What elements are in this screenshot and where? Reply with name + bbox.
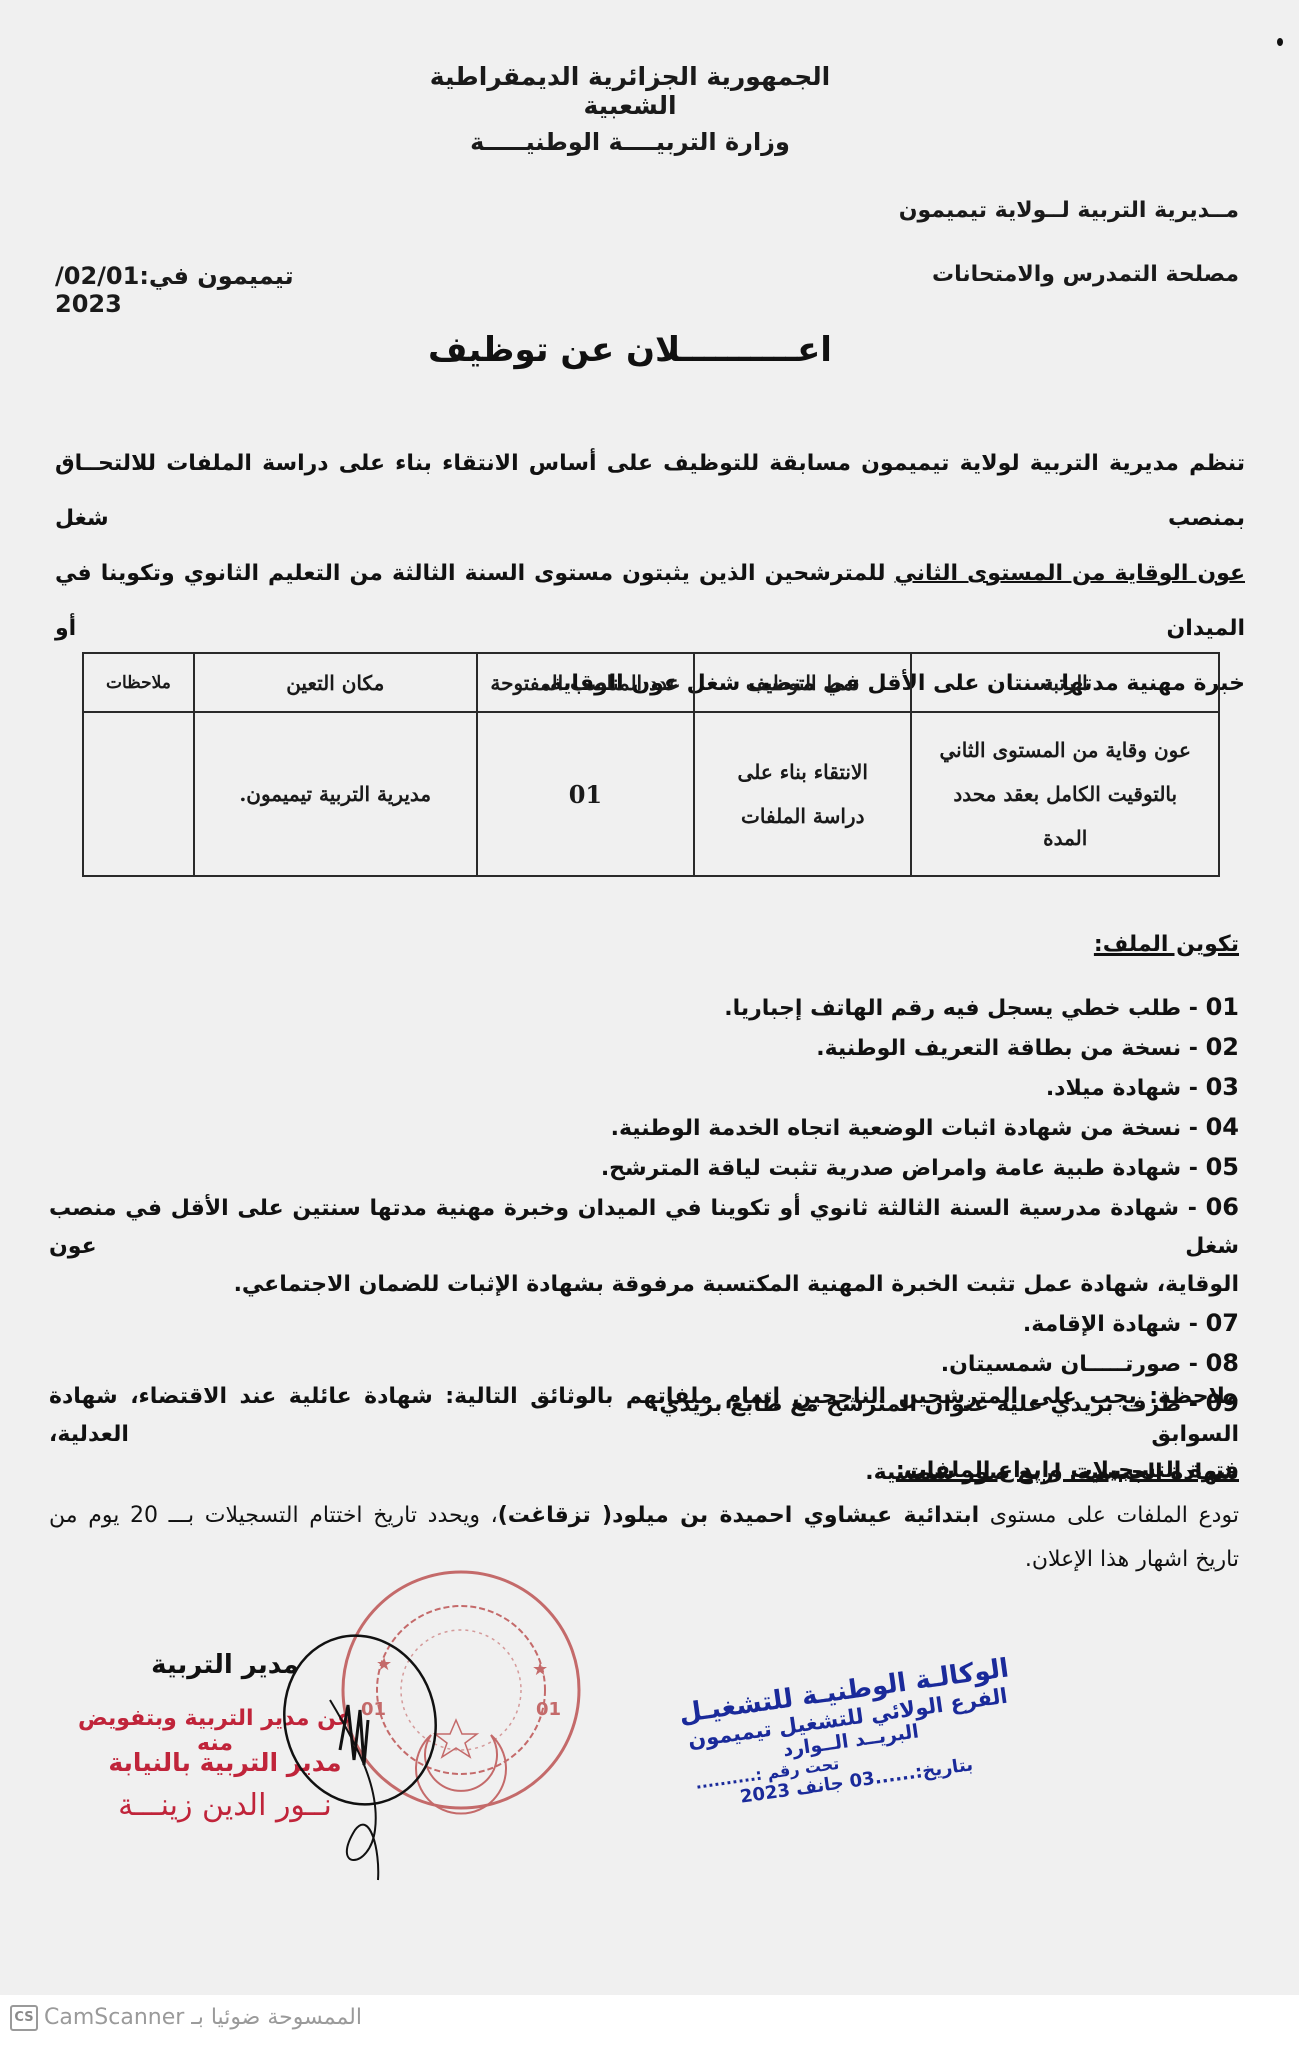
item-6-line-2: الوقاية، شهادة عمل تثبت الخبرة المهنية ا… [49, 1266, 1239, 1304]
cell-mode: الانتقاء بناء على دراسة الملفات [694, 712, 911, 876]
intro-line-1: تنظم مديرية التربية لولاية تيميمون مسابق… [55, 436, 1245, 546]
registration-block: تودع الملفات على مستوى ابتدائية عيشاوي ا… [49, 1494, 1239, 1582]
col-header-notes: ملاحظات [83, 653, 194, 712]
list-item: 02 - نسخة من بطاقة التعريف الوطنية. [49, 1028, 1239, 1068]
col-header-mode: نمط التوظيف [694, 653, 911, 712]
grade-line-1: عون وقاية من المستوى الثاني [913, 728, 1217, 772]
positions-table: الرتبة نمط التوظيف عدد المناصب المفتوحة … [82, 652, 1220, 877]
item-number: 08 [1206, 1349, 1239, 1377]
directorate-label: مــديرية التربية لــولاية تيميمون [639, 198, 1239, 223]
item-text: - طلب خطي يسجل فيه رقم الهاتف إجباريا. [724, 996, 1205, 1021]
table-header-row: الرتبة نمط التوظيف عدد المناصب المفتوحة … [83, 653, 1219, 712]
item-text: - نسخة من بطاقة التعريف الوطنية. [816, 1036, 1205, 1061]
camscanner-watermark: الممسوحة ضوئيا بـ CamScanner [44, 2005, 404, 2030]
col-header-positions: عدد المناصب المفتوحة [477, 653, 694, 712]
item-number: 04 [1206, 1113, 1239, 1141]
cell-place: مديرية التربية تيميمون. [194, 712, 477, 876]
grade-line-2: بالتوقيت الكامل بعقد محدد [913, 772, 1217, 816]
svg-text:★: ★ [532, 1659, 548, 1680]
agency-stamp: الوكالـة الوطنيـة للتشغيـل الفرع الولائي… [654, 1650, 1046, 1818]
note-text: يجب على المترشحين الناجحين إتمام ملفاتهم… [49, 1384, 1239, 1447]
list-item: 03 - شهادة ميلاد. [49, 1068, 1239, 1108]
seal-number-right: 01 [536, 1699, 561, 1720]
list-item: 06 - شهادة مدرسية السنة الثالثة ثانوي أو… [49, 1188, 1239, 1304]
republic-header: الجمهورية الجزائرية الديمقراطية الشعبية [380, 62, 880, 120]
file-items-list: 01 - طلب خطي يسجل فيه رقم الهاتف إجباريا… [49, 988, 1239, 1424]
scan-speck [1277, 38, 1283, 46]
issue-date: تيميمون في:02/01/ 2023 [55, 262, 355, 318]
position-name: عون الوقاية من المستوى الثاني [895, 561, 1245, 586]
mode-line-2: دراسة الملفات [696, 794, 909, 838]
registration-heading: فترة التسجيلات وايداع الملفات: [839, 1458, 1239, 1483]
item-text: - شهادة طبية عامة وامراض صدرية تثبت لياق… [601, 1156, 1206, 1181]
registration-text-a: تودع الملفات على مستوى [979, 1503, 1239, 1528]
registration-line-2: تاريخ اشهار هذا الإعلان. [49, 1538, 1239, 1582]
item-number: 05 [1206, 1153, 1239, 1181]
mode-line-1: الانتقاء بناء على [696, 750, 909, 794]
handwritten-signature-icon [270, 1630, 460, 1890]
registration-line-1: تودع الملفات على مستوى ابتدائية عيشاوي ا… [49, 1494, 1239, 1538]
cell-grade: عون وقاية من المستوى الثاني بالتوقيت الك… [911, 712, 1219, 876]
ministry-header: وزارة التربيــــة الوطنيـــــة [380, 128, 880, 156]
item-6-line-1: 06 - شهادة مدرسية السنة الثالثة ثانوي أو… [49, 1188, 1239, 1266]
col-header-place: مكان التعين [194, 653, 477, 712]
item-number: 03 [1206, 1073, 1239, 1101]
camscanner-logo-icon: CS [10, 2005, 38, 2031]
file-section-heading: تكوين الملف: [939, 932, 1239, 957]
cell-notes [83, 712, 194, 876]
item-text: - شهادة ميلاد. [1046, 1076, 1206, 1101]
item-number: 02 [1206, 1033, 1239, 1061]
page-title: اعــــــــــلان عن توظيف [380, 330, 880, 370]
note-line-1: ملاحظة: يجب على المترشحين الناجحين إتمام… [49, 1378, 1239, 1454]
grade-line-3: المدة [913, 816, 1217, 860]
list-item: 07 - شهادة الإقامة. [49, 1304, 1239, 1344]
item-number: 06 [1206, 1193, 1239, 1221]
note-label: ملاحظة: [1149, 1384, 1239, 1409]
item-text: - صورتـــــان شمسيتان. [941, 1352, 1206, 1377]
item-text: - شهادة مدرسية السنة الثالثة ثانوي أو تك… [49, 1196, 1239, 1259]
document-page: الجمهورية الجزائرية الديمقراطية الشعبية … [0, 0, 1299, 1995]
school-name: ابتدائية عيشاوي احميدة بن ميلود( تزقاغت) [498, 1503, 979, 1528]
list-item: 04 - نسخة من شهادة اثبات الوضعية اتجاه ا… [49, 1108, 1239, 1148]
item-text: - شهادة الإقامة. [1023, 1312, 1206, 1337]
table-row: عون وقاية من المستوى الثاني بالتوقيت الك… [83, 712, 1219, 876]
scanner-footer: CS الممسوحة ضوئيا بـ CamScanner [0, 1995, 1299, 2048]
cell-positions: 01 [477, 712, 694, 876]
list-item: 05 - شهادة طبية عامة وامراض صدرية تثبت ل… [49, 1148, 1239, 1188]
list-item: 01 - طلب خطي يسجل فيه رقم الهاتف إجباريا… [49, 988, 1239, 1028]
item-number: 01 [1206, 993, 1239, 1021]
item-number: 07 [1206, 1309, 1239, 1337]
service-label: مصلحة التمدرس والامتحانات [639, 262, 1239, 287]
col-header-grade: الرتبة [911, 653, 1219, 712]
item-text: - نسخة من شهادة اثبات الوضعية اتجاه الخد… [611, 1116, 1206, 1141]
intro-line-2: عون الوقاية من المستوى الثاني للمترشحين … [55, 546, 1245, 656]
registration-text-b: ، ويحدد تاريخ اختتام التسجيلات بـــ 20 ي… [49, 1503, 498, 1528]
